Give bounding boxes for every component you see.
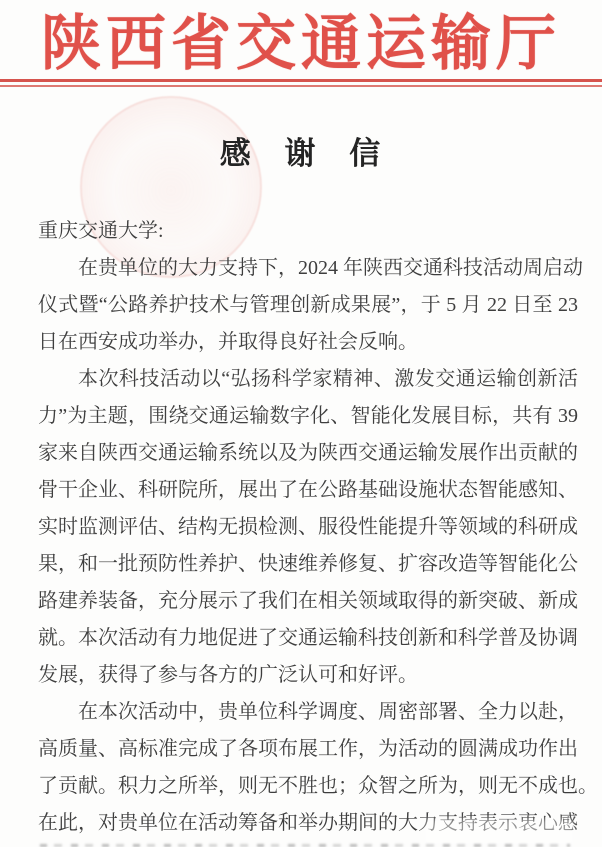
letterhead-rule-top xyxy=(0,79,602,82)
scanned-letter-page: 陕西省交通运输厅 感 谢 信 重庆交通大学: 在贵单位的大力支持下，2024 年… xyxy=(0,0,602,847)
paragraph-line: 在贵单位的大力支持下，2024 年陕西交通科技活动周启动 xyxy=(38,250,578,287)
letterhead-org-name: 陕西省交通运输厅 xyxy=(41,0,561,82)
paragraph-line: 家来自陕西交通运输系统以及为陕西交通运输发展作出贡献的 xyxy=(38,435,578,472)
paragraph-line: 在本次活动中，贵单位科学调度、周密部署、全力以赴， xyxy=(38,694,578,731)
paragraph-line: 发展，获得了参与各方的广泛认可和好评。 xyxy=(38,657,578,694)
paragraph-line: 果，和一批预防性养护、快速维养修复、扩容改造等智能化公 xyxy=(38,546,578,583)
salutation: 重庆交通大学: xyxy=(38,213,578,250)
letterhead-rule-bottom xyxy=(0,85,602,87)
paragraph-line: 实时监测评估、结构无损检测、服役性能提升等领域的科研成 xyxy=(38,509,578,546)
paragraph-line: 仪式暨“公路养护技术与管理创新成果展”，于 5 月 22 日至 23 xyxy=(38,287,578,324)
paragraph-line: 本次科技活动以“弘扬科学家精神、激发交通运输创新活 xyxy=(38,361,578,398)
paragraph-line: 骨干企业、科研院所，展出了在公路基础设施状态智能感知、 xyxy=(38,472,578,509)
paragraph-line: 了贡献。积力之所举，则无不胜也；众智之所为，则无不成也。 xyxy=(38,768,578,805)
paragraph-line: 路建养装备，充分展示了我们在相关领域取得的新突破、新成 xyxy=(38,583,578,620)
letter-title: 感 谢 信 xyxy=(0,128,602,173)
paragraph-line: 高质量、高标准完成了各项布展工作，为活动的圆满成功作出 xyxy=(38,731,578,768)
letter-body: 重庆交通大学: 在贵单位的大力支持下，2024 年陕西交通科技活动周启动仪式暨“… xyxy=(38,213,578,842)
paragraph-line: 在此，对贵单位在活动筹备和举办期间的大力支持表示衷心感 xyxy=(38,805,578,842)
paragraph-line: 力”为主题，围绕交通运输数字化、智能化发展目标，共有 39 xyxy=(38,398,578,435)
paragraph-line: 日在西安成功举办，并取得良好社会反响。 xyxy=(38,324,578,361)
paragraph-line: 就。本次活动有力地促进了交通运输科技创新和科学普及协调 xyxy=(38,620,578,657)
letterhead: 陕西省交通运输厅 xyxy=(0,0,602,78)
